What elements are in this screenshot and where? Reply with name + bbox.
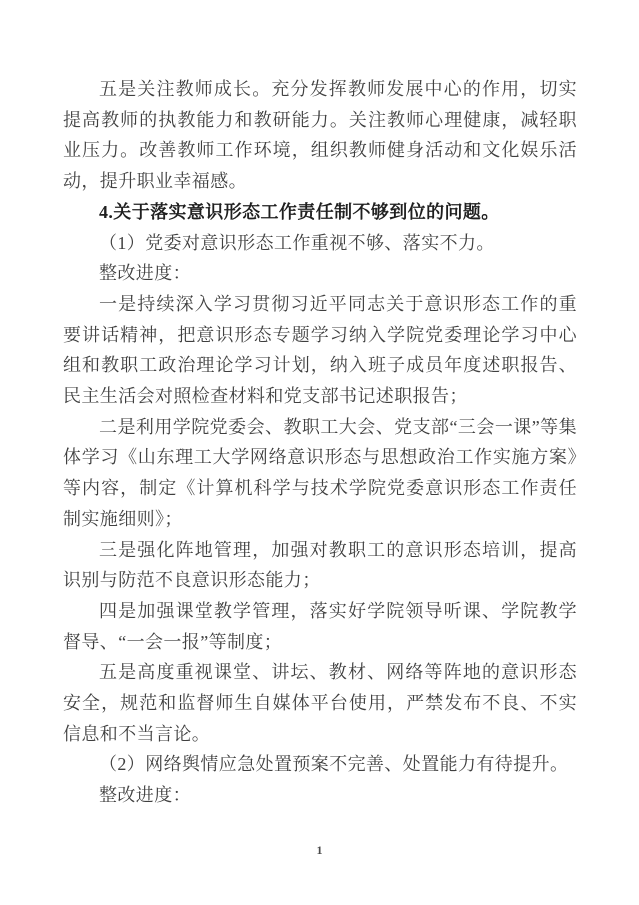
section-heading: 4.关于落实意识形态工作责任制不够到位的问题。 — [63, 197, 577, 228]
document-page: 五是关注教师成长。充分发挥教师发展中心的作用，切实提高教师的执教能力和教研能力。… — [0, 0, 639, 905]
paragraph: 四是加强课堂教学管理，落实好学院领导听课、学院教学督导、“一会一报”等制度； — [63, 596, 577, 657]
paragraph: 一是持续深入学习贯彻习近平同志关于意识形态工作的重要讲话精神，把意识形态专题学习… — [63, 289, 577, 412]
paragraph: 二是利用学院党委会、教职工大会、党支部“三会一课”等集体学习《山东理工大学网络意… — [63, 412, 577, 535]
page-number: 1 — [0, 843, 639, 858]
paragraph: 三是强化阵地管理，加强对教职工的意识形态培训，提高识别与防范不良意识形态能力； — [63, 535, 577, 596]
paragraph: （2）网络舆情应急处置预案不完善、处置能力有待提升。 — [63, 749, 577, 780]
paragraph: （1）党委对意识形态工作重视不够、落实不力。 — [63, 228, 577, 259]
document-body: 五是关注教师成长。充分发挥教师发展中心的作用，切实提高教师的执教能力和教研能力。… — [63, 74, 577, 811]
paragraph: 整改进度： — [63, 780, 577, 811]
paragraph: 五是高度重视课堂、讲坛、教材、网络等阵地的意识形态安全，规范和监督师生自媒体平台… — [63, 657, 577, 749]
paragraph: 五是关注教师成长。充分发挥教师发展中心的作用，切实提高教师的执教能力和教研能力。… — [63, 74, 577, 197]
paragraph: 整改进度： — [63, 258, 577, 289]
